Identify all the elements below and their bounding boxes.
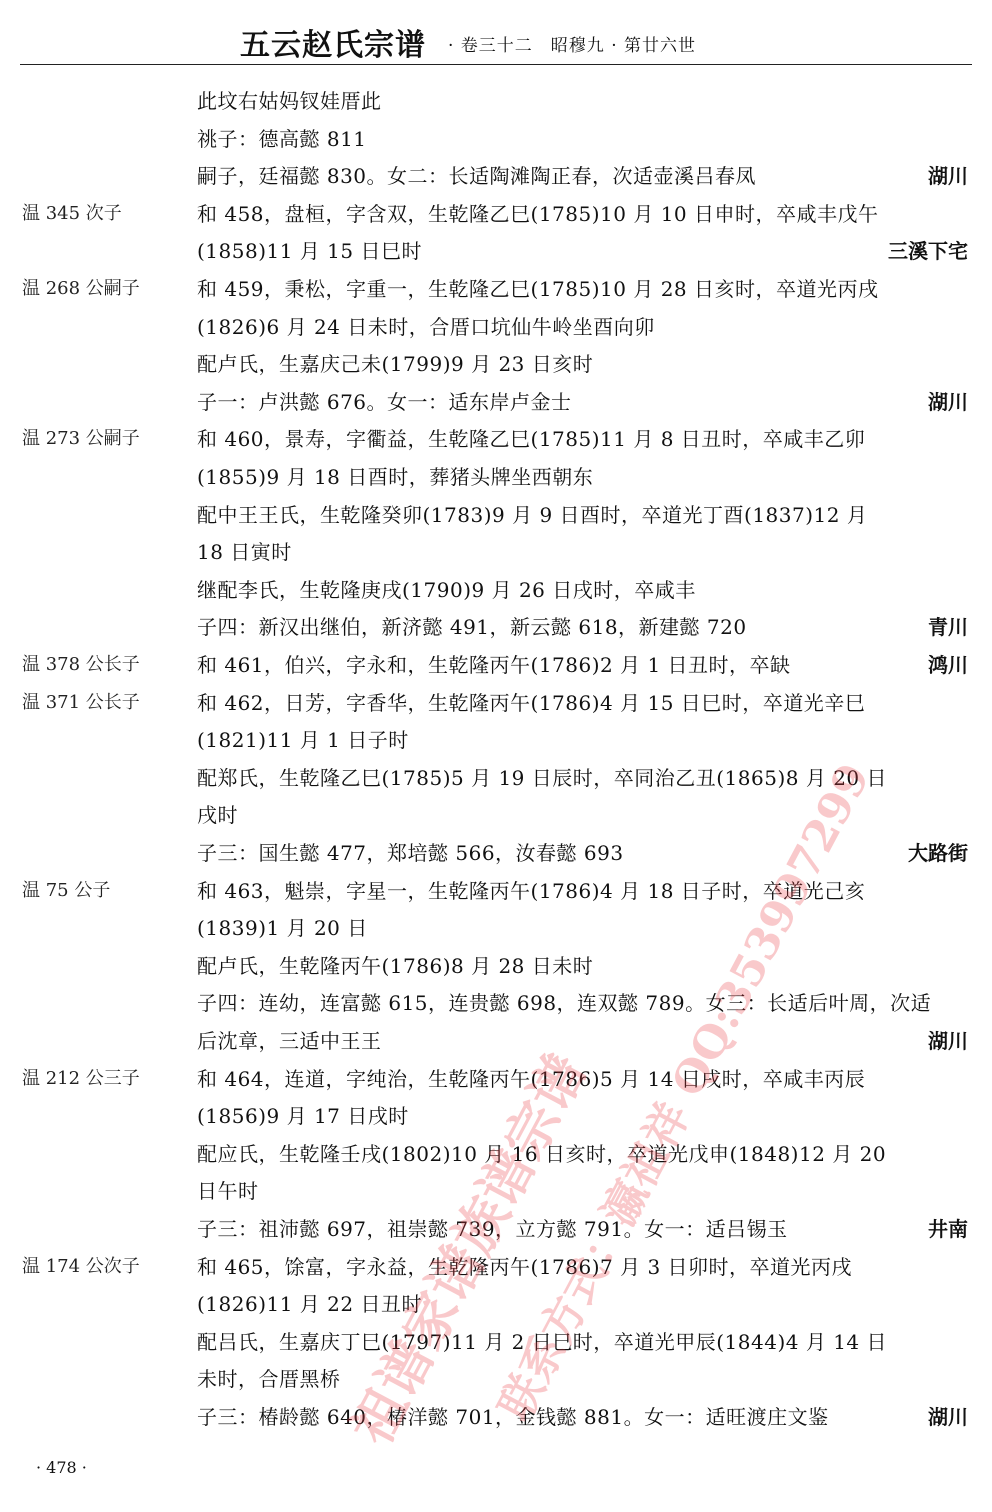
entry-text: (1855)9 月 18 日酉时，葬猪头牌坐西朝东 xyxy=(197,458,593,496)
entry-text: 配应氏，生乾隆壬戌(1802)10 月 16 日亥时，卒道光戊申(1848)12… xyxy=(197,1135,886,1173)
page-number: · 478 · xyxy=(36,1458,87,1477)
entry-line: 温 273 公嗣子和 460，景寿，字衢益，生乾隆乙巳(1785)11 月 8 … xyxy=(0,420,992,458)
header-rule xyxy=(20,64,972,65)
entry-text: 嗣子，廷福懿 830。女二：长适陶滩陶正春，次适壶溪吕春凤 xyxy=(197,157,756,195)
entry-text: 子三：祖沛懿 697，祖崇懿 739，立方懿 791。女一：适吕锡玉 xyxy=(197,1210,788,1248)
entry-line: (1855)9 月 18 日酉时，葬猪头牌坐西朝东 xyxy=(0,458,992,496)
entry-text: (1839)1 月 20 日 xyxy=(197,909,368,947)
entry-text: 和 462，日芳，字香华，生乾隆丙午(1786)4 月 15 日巳时，卒道光辛巳 xyxy=(197,684,865,722)
entry-line: 子三：祖沛懿 697，祖崇懿 739，立方懿 791。女一：适吕锡玉井南 xyxy=(0,1210,992,1248)
lineage-label: 温 75 公子 xyxy=(22,872,110,910)
entry-text: 子三：椿龄懿 640，椿洋懿 701，金钱懿 881。女一：适旺渡庄文鉴 xyxy=(197,1398,829,1436)
place-name: 青川 xyxy=(928,608,968,646)
lineage-label: 温 268 公嗣子 xyxy=(22,270,140,308)
lineage-label: 温 273 公嗣子 xyxy=(22,420,140,458)
place-name: 鸿川 xyxy=(928,646,968,684)
entry-line: 后沈章，三适中王王湖川 xyxy=(0,1022,992,1060)
entry-line: 配中王王氏，生乾隆癸卯(1783)9 月 9 日酉时，卒道光丁酉(1837)12… xyxy=(0,496,992,534)
entry-text: 和 464，连道，字纯治，生乾隆丙午(1786)5 月 14 日戌时，卒咸丰丙辰 xyxy=(197,1060,865,1098)
entry-text: 配郑氏，生乾隆乙巳(1785)5 月 19 日辰时，卒同治乙丑(1865)8 月… xyxy=(197,759,887,797)
entry-line: 温 75 公子和 463，魁崇，字星一，生乾隆丙午(1786)4 月 18 日子… xyxy=(0,872,992,910)
lineage-label: 温 371 公长子 xyxy=(22,684,140,722)
entry-line: 子三：国生懿 477，郑培懿 566，汝春懿 693大路街 xyxy=(0,834,992,872)
entry-text: 此坟右姑妈钗娃厝此 xyxy=(197,82,382,120)
entry-text: 和 465，馀富，字永益，生乾隆丙午(1786)7 月 3 日卯时，卒道光丙戌 xyxy=(197,1248,852,1286)
place-name: 三溪下宅 xyxy=(888,232,968,270)
entry-text: 和 459，秉松，字重一，生乾隆乙巳(1785)10 月 28 日亥时，卒道光丙… xyxy=(197,270,879,308)
entry-line: 子四：新汉出继伯，新济懿 491，新云懿 618，新建懿 720青川 xyxy=(0,608,992,646)
entry-text: 和 458，盘桓，字含双，生乾隆乙巳(1785)10 月 10 日申时，卒咸丰戊… xyxy=(197,195,879,233)
place-name: 湖川 xyxy=(928,383,968,421)
entry-line: (1826)11 月 22 日丑时 xyxy=(0,1285,992,1323)
entry-text: 子三：国生懿 477，郑培懿 566，汝春懿 693 xyxy=(197,834,624,872)
entry-line: 配应氏，生乾隆壬戌(1802)10 月 16 日亥时，卒道光戊申(1848)12… xyxy=(0,1135,992,1173)
entry-line: (1858)11 月 15 日巳时三溪下宅 xyxy=(0,232,992,270)
entry-text: 18 日寅时 xyxy=(197,533,292,571)
entry-text: 未时，合厝黑桥 xyxy=(197,1360,341,1398)
entry-text: 子四：新汉出继伯，新济懿 491，新云懿 618，新建懿 720 xyxy=(197,608,747,646)
entry-text: (1858)11 月 15 日巳时 xyxy=(197,232,422,270)
entry-line: 配卢氏，生嘉庆己未(1799)9 月 23 日亥时 xyxy=(0,345,992,383)
place-name: 湖川 xyxy=(928,1022,968,1060)
entry-line: 温 371 公长子和 462，日芳，字香华，生乾隆丙午(1786)4 月 15 … xyxy=(0,684,992,722)
entry-text: 子一：卢洪懿 676。女一：适东岸卢金士 xyxy=(197,383,572,421)
entry-text: 和 460，景寿，字衢益，生乾隆乙巳(1785)11 月 8 日丑时，卒咸丰乙卯 xyxy=(197,420,865,458)
page-header: 五云赵氏宗谱 · 卷三十二 昭穆九 · 第廿六世 xyxy=(0,18,992,62)
entry-text: 祧子：德高懿 811 xyxy=(197,120,367,158)
lineage-label: 温 212 公三子 xyxy=(22,1060,140,1098)
entry-line: (1839)1 月 20 日 xyxy=(0,909,992,947)
entry-text: 日午时 xyxy=(197,1172,259,1210)
place-name: 湖川 xyxy=(928,157,968,195)
entry-line: 子三：椿龄懿 640，椿洋懿 701，金钱懿 881。女一：适旺渡庄文鉴湖川 xyxy=(0,1398,992,1436)
entry-text: (1856)9 月 17 日戌时 xyxy=(197,1097,409,1135)
place-name: 湖川 xyxy=(928,1398,968,1436)
entry-line: 未时，合厝黑桥 xyxy=(0,1360,992,1398)
entry-line: 温 268 公嗣子和 459，秉松，字重一，生乾隆乙巳(1785)10 月 28… xyxy=(0,270,992,308)
lineage-label: 温 174 公次子 xyxy=(22,1248,140,1286)
entry-text: 配卢氏，生嘉庆己未(1799)9 月 23 日亥时 xyxy=(197,345,593,383)
lineage-label: 温 345 次子 xyxy=(22,195,122,233)
entry-text: 配卢氏，生乾隆丙午(1786)8 月 28 日未时 xyxy=(197,947,593,985)
entry-text: (1826)6 月 24 日未时，合厝口坑仙牛岭坐酉向卯 xyxy=(197,308,655,346)
entry-text: 戌时 xyxy=(197,796,238,834)
book-title: 五云赵氏宗谱 xyxy=(240,20,426,64)
place-name: 井南 xyxy=(928,1210,968,1248)
entry-line: 18 日寅时 xyxy=(0,533,992,571)
entry-text: 配中王王氏，生乾隆癸卯(1783)9 月 9 日酉时，卒道光丁酉(1837)12… xyxy=(197,496,867,534)
entry-text: (1821)11 月 1 日子时 xyxy=(197,721,409,759)
entry-line: 戌时 xyxy=(0,796,992,834)
entry-line: 嗣子，廷福懿 830。女二：长适陶滩陶正春，次适壶溪吕春凤湖川 xyxy=(0,157,992,195)
entry-text: 和 463，魁崇，字星一，生乾隆丙午(1786)4 月 18 日子时，卒道光己亥 xyxy=(197,872,865,910)
entry-text: 继配李氏，生乾隆庚戌(1790)9 月 26 日戌时，卒咸丰 xyxy=(197,571,696,609)
entry-line: 继配李氏，生乾隆庚戌(1790)9 月 26 日戌时，卒咸丰 xyxy=(0,571,992,609)
entry-line: 子四：连幼，连富懿 615，连贵懿 698，连双懿 789。女三：长适后叶周，次… xyxy=(0,984,992,1022)
entry-text: 配吕氏，生嘉庆丁巳(1797)11 月 2 日巳时，卒道光甲辰(1844)4 月… xyxy=(197,1323,887,1361)
entry-line: 温 212 公三子和 464，连道，字纯治，生乾隆丙午(1786)5 月 14 … xyxy=(0,1060,992,1098)
entry-line: 温 378 公长子和 461，伯兴，字永和，生乾隆丙午(1786)2 月 1 日… xyxy=(0,646,992,684)
place-name: 大路街 xyxy=(908,834,968,872)
entry-line: 子一：卢洪懿 676。女一：适东岸卢金士湖川 xyxy=(0,383,992,421)
entry-line: (1826)6 月 24 日未时，合厝口坑仙牛岭坐酉向卯 xyxy=(0,308,992,346)
entry-line: 配郑氏，生乾隆乙巳(1785)5 月 19 日辰时，卒同治乙丑(1865)8 月… xyxy=(0,759,992,797)
entry-line: 配吕氏，生嘉庆丁巳(1797)11 月 2 日巳时，卒道光甲辰(1844)4 月… xyxy=(0,1323,992,1361)
entry-line: 温 345 次子和 458，盘桓，字含双，生乾隆乙巳(1785)10 月 10 … xyxy=(0,195,992,233)
entry-line: (1856)9 月 17 日戌时 xyxy=(0,1097,992,1135)
entry-line: 日午时 xyxy=(0,1172,992,1210)
entry-line: 此坟右姑妈钗娃厝此 xyxy=(0,82,992,120)
entry-line: (1821)11 月 1 日子时 xyxy=(0,721,992,759)
entry-line: 温 174 公次子和 465，馀富，字永益，生乾隆丙午(1786)7 月 3 日… xyxy=(0,1248,992,1286)
lineage-label: 温 378 公长子 xyxy=(22,646,140,684)
volume-info: · 卷三十二 昭穆九 · 第廿六世 xyxy=(448,31,696,56)
entry-text: 和 461，伯兴，字永和，生乾隆丙午(1786)2 月 1 日丑时，卒缺 xyxy=(197,646,791,684)
entry-text: (1826)11 月 22 日丑时 xyxy=(197,1285,422,1323)
entry-text: 后沈章，三适中王王 xyxy=(197,1022,382,1060)
entry-line: 配卢氏，生乾隆丙午(1786)8 月 28 日未时 xyxy=(0,947,992,985)
entry-text: 子四：连幼，连富懿 615，连贵懿 698，连双懿 789。女三：长适后叶周，次… xyxy=(197,984,931,1022)
entry-line: 祧子：德高懿 811 xyxy=(0,120,992,158)
